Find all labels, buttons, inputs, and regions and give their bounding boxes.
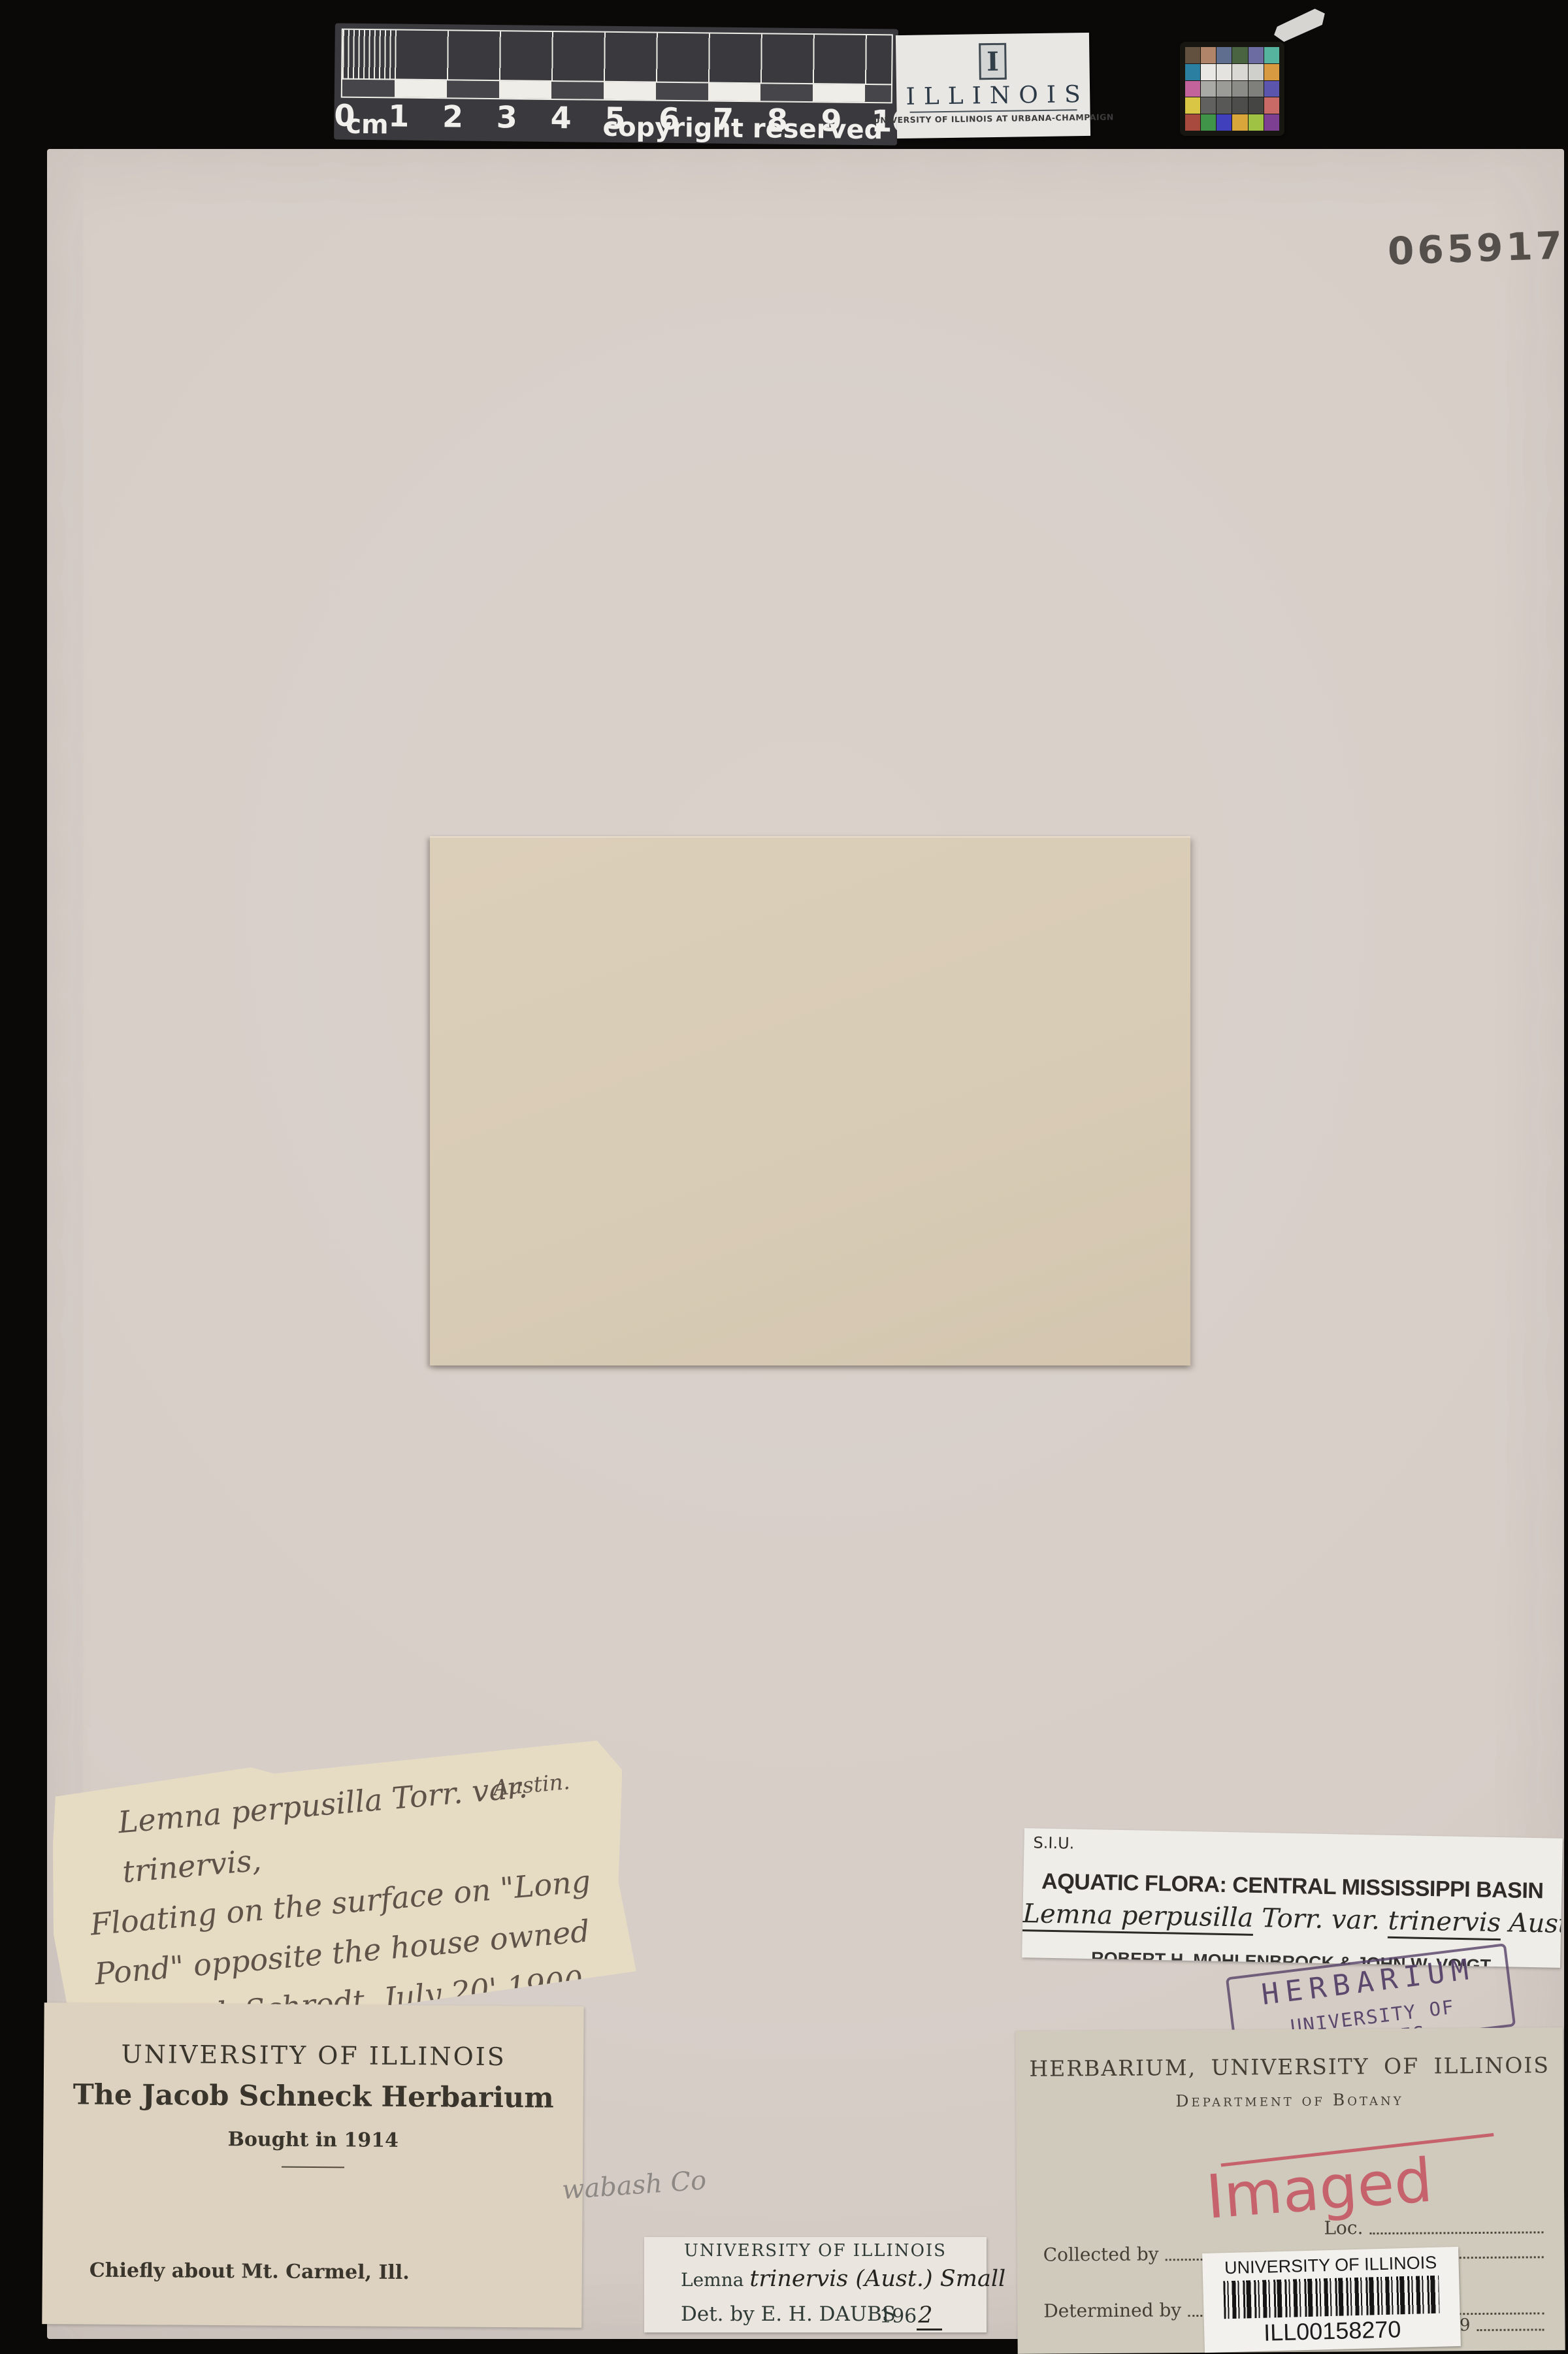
color-patch xyxy=(1217,47,1232,63)
color-patch xyxy=(1217,97,1232,114)
herbarium-specimen-photo: 0 1 2 3 4 5 6 7 8 9 10 cm copyright rese… xyxy=(0,0,1568,2354)
color-chart-grid xyxy=(1185,47,1279,131)
scale-bar: 0 1 2 3 4 5 6 7 8 9 10 cm copyright rese… xyxy=(334,23,898,145)
scale-bar-checker-top xyxy=(341,29,893,87)
color-patch xyxy=(1201,81,1216,97)
tape-fragment xyxy=(1271,4,1329,47)
botany-label-header: HERBARIUM, UNIVERSITY OF ILLINOIS xyxy=(1016,2052,1563,2082)
daubs-year-handwritten: 2 xyxy=(917,2302,941,2330)
color-patch xyxy=(1264,114,1279,131)
schneck-label-org: UNIVERSITY OF ILLINOIS xyxy=(44,2039,583,2072)
schneck-label-location: Chiefly about Mt. Carmel, Ill. xyxy=(90,2259,410,2284)
botany-label-dept: Department of Botany xyxy=(1016,2089,1563,2112)
color-patch xyxy=(1185,47,1200,63)
color-patch xyxy=(1201,47,1216,63)
color-patch xyxy=(1249,47,1264,63)
color-patch xyxy=(1249,81,1264,97)
color-patch xyxy=(1232,64,1247,80)
color-patch xyxy=(1232,81,1247,97)
copyright-label: copyright reserved xyxy=(602,112,883,145)
color-patch xyxy=(1249,64,1264,80)
schneck-label-title: The Jacob Schneck Herbarium xyxy=(44,2078,583,2115)
daubs-label-org: UNIVERSITY OF ILLINOIS xyxy=(644,2241,987,2261)
siu-annotation: S.I.U. xyxy=(1033,1833,1074,1852)
color-patch xyxy=(1185,81,1200,97)
color-patch xyxy=(1185,97,1200,114)
barcode-org: UNIVERSITY OF ILLINOIS xyxy=(1202,2252,1459,2279)
specimen-packet-envelope xyxy=(430,836,1190,1365)
color-patch xyxy=(1201,64,1216,80)
color-patch xyxy=(1232,114,1247,131)
logo-subtitle: UNIVERSITY OF ILLINOIS AT URBANA-CHAMPAI… xyxy=(874,112,1114,125)
daubs-species-handwritten: trinervis (Aust.) Small xyxy=(749,2266,1005,2292)
university-logo-card: I ILLINOIS UNIVERSITY OF ILLINOIS AT URB… xyxy=(896,33,1090,139)
color-patch xyxy=(1232,47,1247,63)
color-patch xyxy=(1185,114,1200,131)
scale-unit-label: cm xyxy=(346,110,389,140)
siu-species-line: Lemna perpusilla Torr. var. trinervis Au… xyxy=(1022,1899,1561,1939)
schneck-label-rule xyxy=(282,2166,344,2168)
color-patch xyxy=(1264,64,1279,80)
color-patch xyxy=(1264,97,1279,114)
color-calibration-chart xyxy=(1180,42,1284,136)
illinois-i-letter: I xyxy=(987,46,999,76)
color-patch xyxy=(1217,64,1232,80)
daubs-genus-printed: Lemna xyxy=(681,2269,743,2291)
color-patch xyxy=(1232,97,1247,114)
daubs-year-printed: 196 xyxy=(879,2305,917,2328)
daubs-determination-label: UNIVERSITY OF ILLINOIS Lemna trinervis (… xyxy=(644,2237,987,2332)
accession-number-stamp: 065917 xyxy=(1387,223,1566,273)
schneck-label-bought: Bought in 1914 xyxy=(43,2127,583,2153)
loc-field: Loc. xyxy=(1324,2215,1547,2238)
barcode-number: ILL00158270 xyxy=(1204,2314,1461,2348)
daubs-det-by: Det. by E. H. DAUBS xyxy=(681,2302,896,2326)
color-patch xyxy=(1217,114,1232,131)
illinois-wordmark: ILLINOIS xyxy=(897,81,1089,110)
species-genus-underlined: Lemna perpusilla xyxy=(1022,1899,1254,1936)
color-patch xyxy=(1249,114,1264,131)
siu-label-heading: AQUATIC FLORA: CENTRAL MISSISSIPPI BASIN xyxy=(1023,1869,1562,1904)
color-patch xyxy=(1217,81,1232,97)
color-patch xyxy=(1264,81,1279,97)
scale-bar-mm-hatch xyxy=(342,30,395,80)
note-author-superscript: Austin. xyxy=(491,1757,572,1813)
species-variety-underlined: trinervis xyxy=(1388,1906,1501,1940)
color-patch xyxy=(1201,114,1216,131)
color-patch xyxy=(1249,97,1264,114)
color-patch xyxy=(1264,47,1279,63)
color-patch xyxy=(1201,97,1216,114)
schneck-herbarium-label: UNIVERSITY OF ILLINOIS The Jacob Schneck… xyxy=(42,2003,583,2328)
illinois-i-logo-icon: I xyxy=(979,43,1007,80)
color-patch xyxy=(1185,64,1200,80)
barcode-icon xyxy=(1223,2276,1439,2319)
barcode-label: UNIVERSITY OF ILLINOIS ILL00158270 xyxy=(1202,2247,1461,2353)
year-field: 19 xyxy=(1448,2315,1548,2335)
